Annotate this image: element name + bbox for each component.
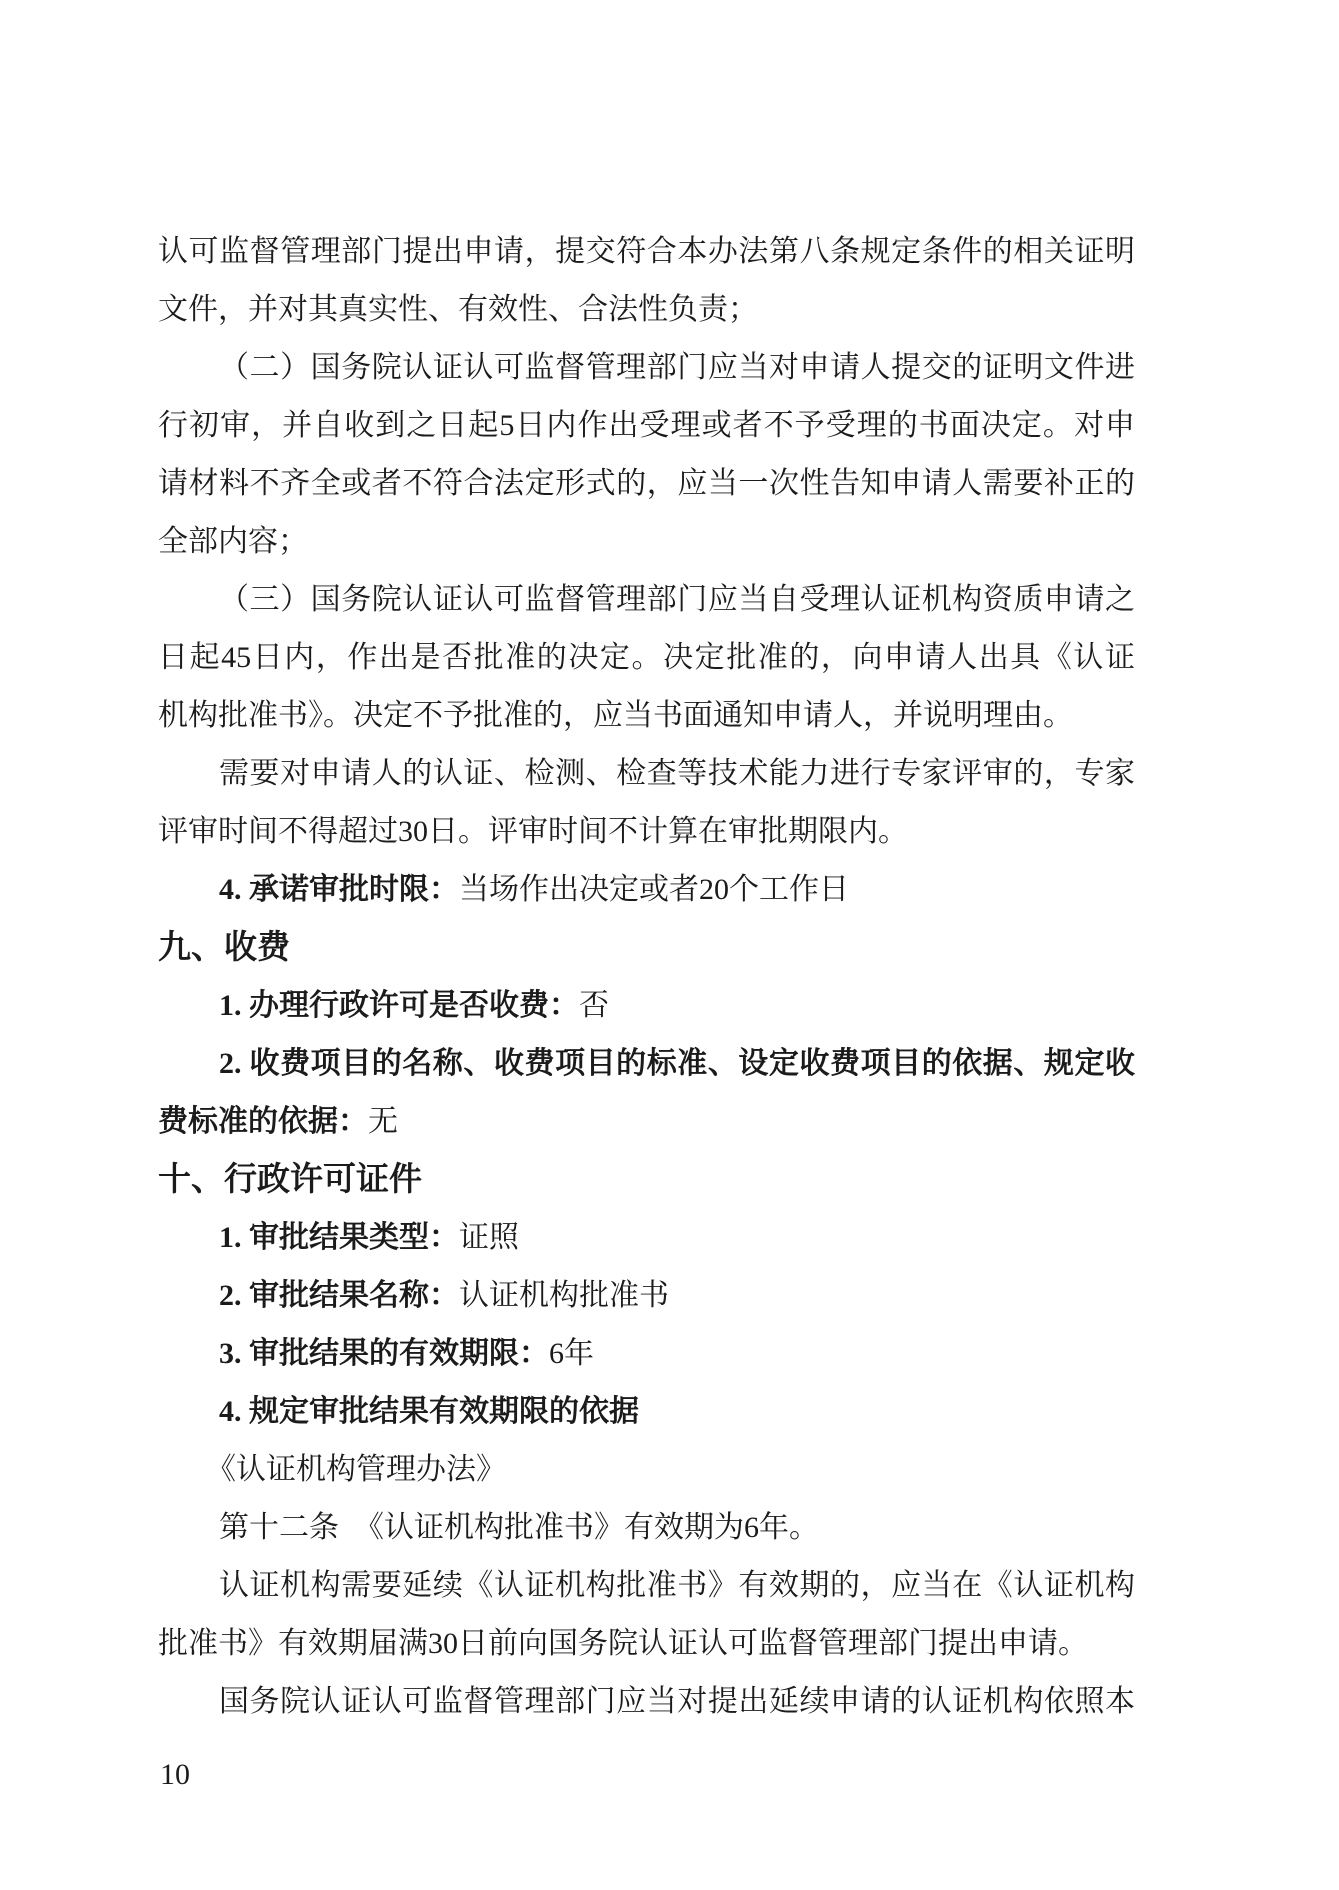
body-text: 行初审，并自收到之日起5日内作出受理或者不予受理的书面决定。对申 (158, 409, 1135, 442)
text-line: 日起45日内，作出是否批准的决定。决定批准的，向申请人出具《认证 (158, 629, 1135, 687)
text-line: 4. 承诺审批时限：当场作出决定或者20个工作日 (158, 861, 1135, 919)
text-line: 3. 审批结果的有效期限：6年 (158, 1325, 1135, 1383)
bold-label: 费标准的依据： (158, 1105, 368, 1138)
body-text: 请材料不齐全或者不符合法定形式的，应当一次性告知申请人需要补正的 (158, 467, 1135, 500)
body-text: 当场作出决定或者20个工作日 (459, 873, 849, 906)
bold-label: 2. 收费项目的名称、收费项目的标准、设定收费项目的依据、规定收 (219, 1047, 1135, 1080)
text-line: 第十二条 《认证机构批准书》有效期为6年。 (158, 1499, 1135, 1557)
body-text: 认证机构批准书 (459, 1279, 669, 1312)
body-text: 无 (368, 1105, 398, 1138)
text-line: 全部内容； (158, 513, 1135, 571)
body-text: 认可监督管理部门提出申请，提交符合本办法第八条规定条件的相关证明 (158, 235, 1135, 268)
page-number: 10 (160, 1752, 190, 1798)
body-text: 第十二条 《认证机构批准书》有效期为6年。 (219, 1511, 819, 1544)
text-line: 需要对申请人的认证、检测、检查等技术能力进行专家评审的，专家 (158, 745, 1135, 803)
text-line: 评审时间不得超过30日。评审时间不计算在审批期限内。 (158, 803, 1135, 861)
body-text: 日起45日内，作出是否批准的决定。决定批准的，向申请人出具《认证 (158, 641, 1135, 674)
text-line: 《认证机构管理办法》 (158, 1441, 1135, 1499)
bold-label: 4. 承诺审批时限： (219, 873, 459, 906)
body-text: 证照 (459, 1221, 519, 1254)
text-line: 2. 审批结果名称：认证机构批准书 (158, 1267, 1135, 1325)
text-line: 文件，并对其真实性、有效性、合法性负责； (158, 281, 1135, 339)
text-line: 国务院认证认可监督管理部门应当对提出延续申请的认证机构依照本 (158, 1673, 1135, 1731)
text-line: 行初审，并自收到之日起5日内作出受理或者不予受理的书面决定。对申 (158, 397, 1135, 455)
body-text: 《认证机构管理办法》 (206, 1453, 506, 1486)
body-text: 评审时间不得超过30日。评审时间不计算在审批期限内。 (158, 815, 908, 848)
text-line: 1. 办理行政许可是否收费：否 (158, 977, 1135, 1035)
document-page: 认可监督管理部门提出申请，提交符合本办法第八条规定条件的相关证明文件，并对其真实… (0, 0, 1339, 1890)
body-text: 批准书》有效期届满30日前向国务院认证认可监督管理部门提出申请。 (158, 1627, 1088, 1660)
bold-label: 十、行政许可证件 (158, 1162, 422, 1198)
text-line: （二）国务院认证认可监督管理部门应当对申请人提交的证明文件进 (158, 339, 1135, 397)
body-text: 6年 (549, 1337, 594, 1370)
text-line: 机构批准书》。决定不予批准的，应当书面通知申请人，并说明理由。 (158, 687, 1135, 745)
body-text: 机构批准书》。决定不予批准的，应当书面通知申请人，并说明理由。 (158, 699, 1073, 732)
text-line: 请材料不齐全或者不符合法定形式的，应当一次性告知申请人需要补正的 (158, 455, 1135, 513)
body-text: 文件，并对其真实性、有效性、合法性负责； (158, 293, 758, 326)
document-body: 认可监督管理部门提出申请，提交符合本办法第八条规定条件的相关证明文件，并对其真实… (158, 223, 1135, 1731)
text-line: 1. 审批结果类型：证照 (158, 1209, 1135, 1267)
text-line: 认证机构需要延续《认证机构批准书》有效期的，应当在《认证机构 (158, 1557, 1135, 1615)
text-line: 批准书》有效期届满30日前向国务院认证认可监督管理部门提出申请。 (158, 1615, 1135, 1673)
bold-label: 2. 审批结果名称： (219, 1279, 459, 1312)
body-text: 认证机构需要延续《认证机构批准书》有效期的，应当在《认证机构 (219, 1569, 1135, 1602)
bold-label: 4. 规定审批结果有效期限的依据 (219, 1395, 639, 1428)
bold-label: 1. 办理行政许可是否收费： (219, 989, 579, 1022)
body-text: （二）国务院认证认可监督管理部门应当对申请人提交的证明文件进 (219, 351, 1135, 384)
section-heading: 九、收费 (158, 919, 1135, 977)
text-line: 2. 收费项目的名称、收费项目的标准、设定收费项目的依据、规定收 (158, 1035, 1135, 1093)
text-line: 认可监督管理部门提出申请，提交符合本办法第八条规定条件的相关证明 (158, 223, 1135, 281)
bold-label: 3. 审批结果的有效期限： (219, 1337, 549, 1370)
body-text: 需要对申请人的认证、检测、检查等技术能力进行专家评审的，专家 (219, 757, 1135, 790)
body-text: 否 (579, 989, 609, 1022)
body-text: 全部内容； (158, 525, 308, 558)
text-line: （三）国务院认证认可监督管理部门应当自受理认证机构资质申请之 (158, 571, 1135, 629)
bold-label: 1. 审批结果类型： (219, 1221, 459, 1254)
text-line: 4. 规定审批结果有效期限的依据 (158, 1383, 1135, 1441)
bold-label: 九、收费 (158, 930, 290, 966)
body-text: （三）国务院认证认可监督管理部门应当自受理认证机构资质申请之 (219, 583, 1135, 616)
section-heading: 十、行政许可证件 (158, 1151, 1135, 1209)
text-line: 费标准的依据：无 (158, 1093, 1135, 1151)
body-text: 国务院认证认可监督管理部门应当对提出延续申请的认证机构依照本 (219, 1685, 1135, 1718)
